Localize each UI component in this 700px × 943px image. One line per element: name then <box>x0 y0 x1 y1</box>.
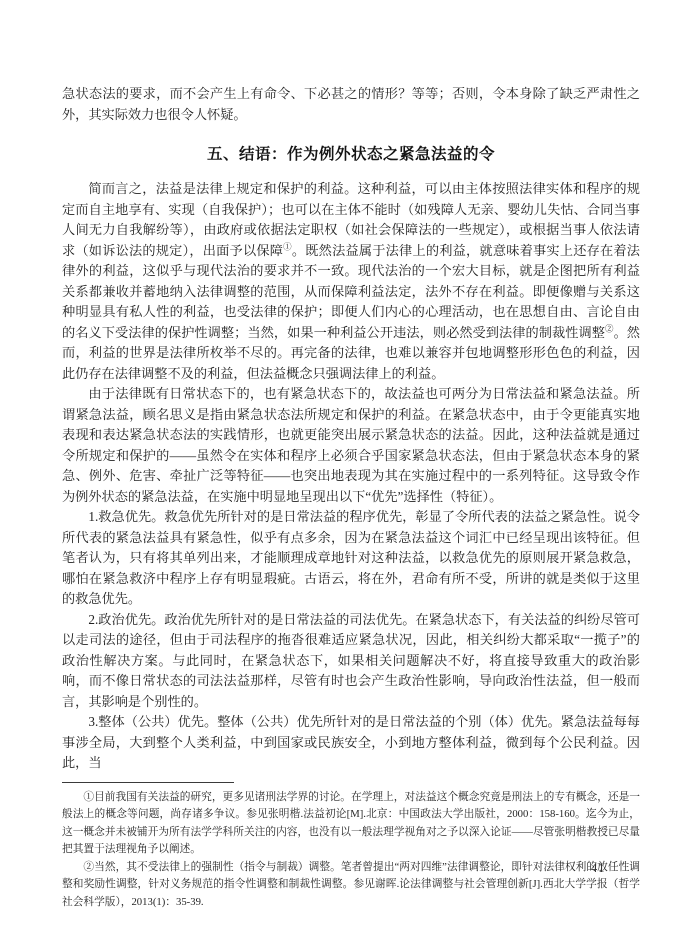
footnote-ref-1: ① <box>283 241 292 251</box>
content-area: 急状态法的要求，而不会产生上有命令、下必甚之的情形？等等；否则，令本身除了缺乏严… <box>62 84 640 912</box>
section-heading: 五、结语：作为例外状态之紧急法益的令 <box>62 142 640 164</box>
footnote-1: ①目前我国有关法益的研究，更多见诸刑法学界的讨论。在学理上，对法益这个概念究竟是… <box>62 789 640 859</box>
body-paragraph-4: 2.政治优先。政治优先所针对的是日常法益的司法优先。在紧急状态下，有关法益的纠纷… <box>62 610 640 713</box>
page-number: 41 <box>591 861 606 876</box>
body-paragraph-2: 由于法律既有日常状态下的，也有紧急状态下的，故法益也可两分为日常法益和紧急法益。… <box>62 384 640 507</box>
body-paragraph-5: 3.整体（公共）优先。整体（公共）优先所针对的是日常法益的个别（体）优先。紧急法… <box>62 712 640 774</box>
journal-page: 急状态法的要求，而不会产生上有命令、下必甚之的情形？等等；否则，令本身除了缺乏严… <box>0 0 700 943</box>
continuation-paragraph: 急状态法的要求，而不会产生上有命令、下必甚之的情形？等等；否则，令本身除了缺乏严… <box>62 84 640 125</box>
body-paragraph-1: 简而言之，法益是法律上规定和保护的利益。这种利益，可以由主体按照法律实体和程序的… <box>62 179 640 384</box>
footnote-block: ①目前我国有关法益的研究，更多见诸刑法学界的讨论。在学理上，对法益这个概念究竟是… <box>62 782 640 912</box>
footnote-separator <box>62 782 234 783</box>
body-paragraph-3: 1.救急优先。救急优先所针对的是日常法益的程序优先，彰显了令所代表的法益之紧急性… <box>62 507 640 610</box>
footnote-2: ②当然，其不受法律上的强制性（指令与制裁）调整。笔者曾提出“两对四维”法律调整论… <box>62 859 640 912</box>
footnote-ref-2: ② <box>605 323 614 333</box>
